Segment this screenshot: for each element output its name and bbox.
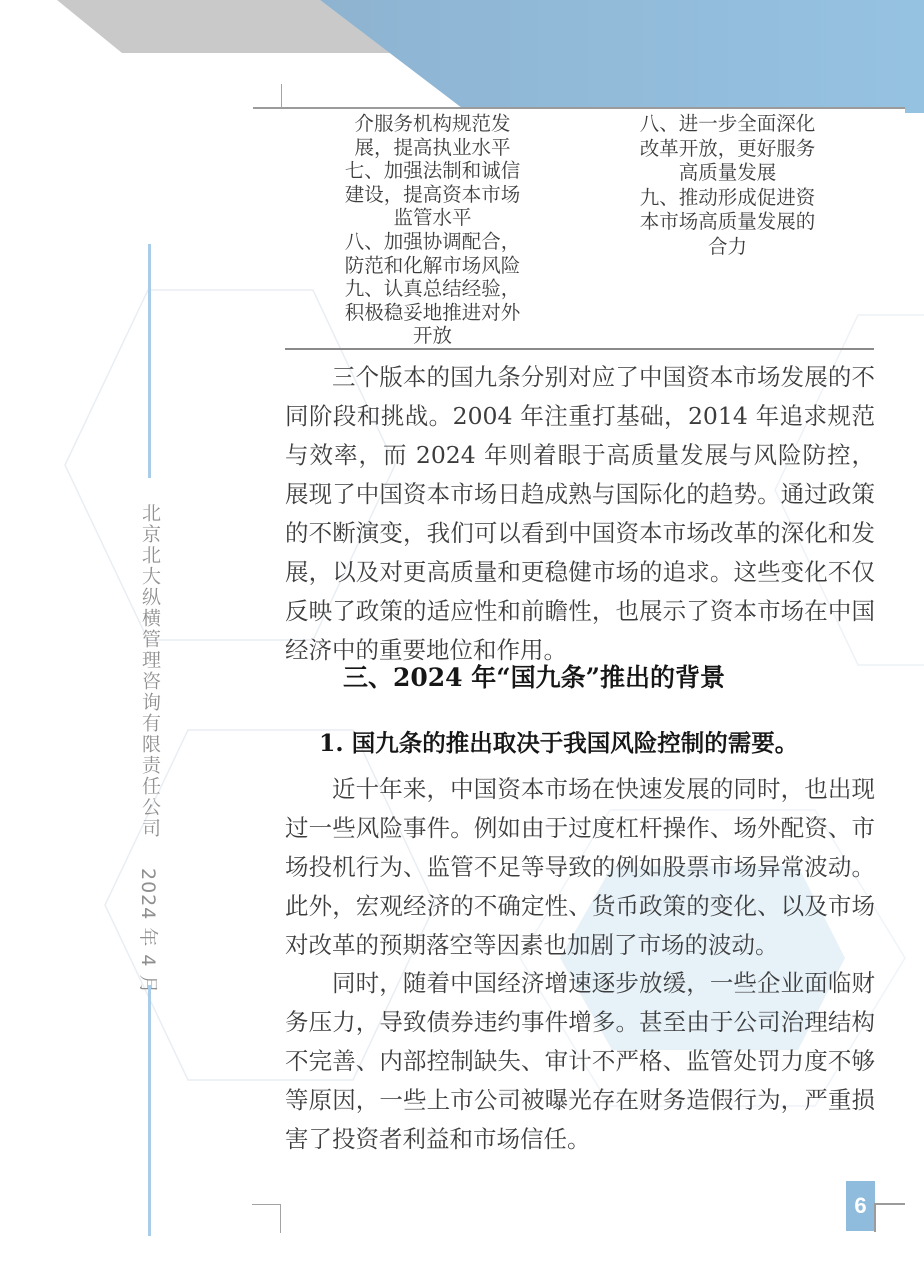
page-number: 6 (854, 1193, 866, 1219)
paragraph-risk-events: 近十年来，中国资本市场在快速发展的同时，也出现过一些风险事件。例如由于过度杠杆操… (285, 770, 875, 965)
section-heading: 三、2024 年“国九条”推出的背景 (285, 662, 875, 695)
page-badge-connector-line-h (875, 1203, 905, 1205)
page-number-badge: 6 (846, 1181, 875, 1231)
subsection-heading: 1. 国九条的推出取决于我国风险控制的需要。 (285, 728, 875, 759)
sidebar-accent-line-bottom (148, 985, 151, 1236)
banner-underline (253, 107, 905, 109)
paragraph-corporate-issues: 同时，随着中国经济增速逐步放缓，一些企业面临财务压力，导致债券违约事件增多。甚至… (285, 964, 875, 1159)
sidebar-accent-line-top (148, 244, 151, 478)
page-badge-connector-line-v (874, 1203, 876, 1232)
text-boundary-mark-top (281, 84, 282, 108)
policy-table-right-cell: 八、进一步全面深化 改革开放，更好服务 高质量发展 九、推动形成促进资 本市场高… (580, 112, 875, 259)
policy-table-bottom-border (285, 348, 874, 350)
sidebar-date: 2024 年 4 月 (139, 868, 163, 978)
policy-table-left-cell: 介服务机构规范发 展，提高执业水平 七、加强法制和诚信 建设，提高资本市场 监管… (285, 112, 580, 348)
text-boundary-mark-bottom-h (252, 1204, 281, 1205)
paragraph-version-comparison: 三个版本的国九条分别对应了中国资本市场发展的不同阶段和挑战。2004 年注重打基… (285, 358, 875, 670)
sidebar-company-name: 北京北大纵横管理咨询有限责任公司 (136, 503, 164, 848)
document-page: 北京北大纵横管理咨询有限责任公司 2024 年 4 月 介服务机构规范发 展，提… (0, 0, 924, 1279)
text-boundary-mark-bottom-v (280, 1204, 281, 1233)
